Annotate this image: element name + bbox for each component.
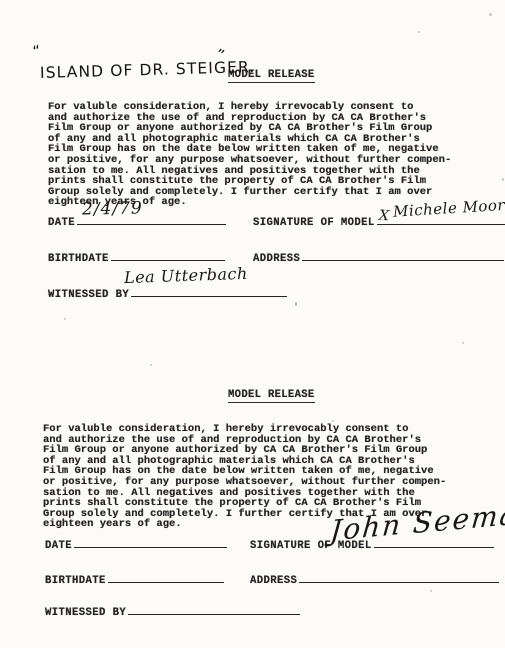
form1-date-handwritten: 2/4/79 (82, 198, 143, 219)
form2-birthdate-label: BIRTHDATE (45, 575, 106, 587)
form2-date-line (74, 535, 227, 548)
scan-speck (332, 420, 334, 422)
form1-address-line (302, 248, 504, 261)
handwritten-open-quote: “ (31, 41, 42, 60)
scan-speck (502, 178, 504, 181)
form1-signature-x-mark: X (378, 208, 389, 225)
form2-address-label: ADDRESS (250, 575, 297, 587)
form2-birthdate-row: BIRTHDATE (45, 570, 224, 587)
scan-speck (150, 364, 152, 366)
form1-witnessed-label: WITNESSED BY (48, 289, 129, 301)
form1-address-label: ADDRESS (253, 253, 300, 265)
scanned-model-release-document: “ ISLAND OF DR. STEIGER. ” MODEL RELEASE… (0, 0, 505, 648)
form1-address-row: ADDRESS (253, 248, 504, 265)
form1-body-paragraph: For valuble consideration, I hereby irre… (48, 102, 451, 208)
form2-birthdate-line (108, 570, 224, 583)
form2-witnessed-row: WITNESSED BY (45, 602, 300, 619)
form2-date-label: DATE (45, 540, 72, 552)
form2-address-row: ADDRESS (250, 570, 499, 587)
scan-speck (489, 13, 492, 16)
scan-speck (295, 302, 297, 306)
form1-birthdate-row: BIRTHDATE (48, 248, 225, 265)
handwritten-film-title: ISLAND OF DR. STEIGER. (40, 58, 256, 82)
scan-speck (64, 318, 66, 320)
form2-witnessed-line (128, 602, 300, 615)
form1-witnessed-row: WITNESSED BY (48, 284, 287, 301)
form2-date-row: DATE (45, 535, 227, 552)
form2-heading: MODEL RELEASE (228, 389, 315, 403)
form1-signature-label: SIGNATURE OF MODEL (253, 217, 375, 229)
form2-address-line (299, 570, 499, 583)
scan-speck (430, 590, 432, 592)
scan-speck (462, 342, 464, 344)
scan-speck (418, 31, 420, 33)
form2-witnessed-label: WITNESSED BY (45, 607, 126, 619)
form1-birthdate-label: BIRTHDATE (48, 253, 109, 265)
form1-birthdate-line (111, 248, 225, 261)
form1-date-label: DATE (48, 217, 75, 229)
